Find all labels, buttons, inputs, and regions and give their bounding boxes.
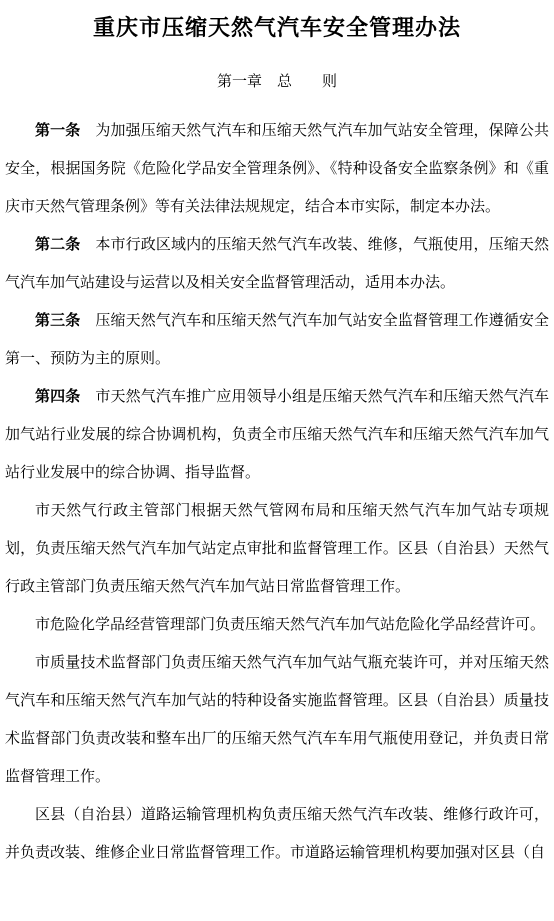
article-label: 第三条 — [35, 313, 80, 329]
paragraph-article-3: 第三条压缩天然气汽车和压缩天然气汽车加气站安全监督管理工作遵循安全第一、预防为主… — [5, 302, 549, 378]
article-text: 为加强压缩天然气汽车和压缩天然气汽车加气站安全管理，保障公共安全，根据国务院《危… — [5, 123, 549, 215]
document-body: 第一条为加强压缩天然气汽车和压缩天然气汽车加气站安全管理，保障公共安全，根据国务… — [0, 112, 554, 872]
article-text: 市天然气行政主管部门根据天然气管网布局和压缩天然气汽车加气站专项规划，负责压缩天… — [5, 503, 549, 595]
paragraph-continuation-4: 区县（自治县）道路运输管理机构负责压缩天然气汽车改装、维修行政许可，并负责改装、… — [5, 796, 549, 872]
article-label: 第二条 — [35, 237, 80, 253]
article-text: 市天然气汽车推广应用领导小组是压缩天然气汽车和压缩天然气汽车加气站行业发展的综合… — [5, 389, 549, 481]
paragraph-continuation-3: 市质量技术监督部门负责压缩天然气汽车加气站气瓶充装许可，并对压缩天然气汽车和压缩… — [5, 644, 549, 796]
article-text: 本市行政区域内的压缩天然气汽车改装、维修，气瓶使用，压缩天然气汽车加气站建设与运… — [5, 237, 549, 291]
article-text: 市危险化学品经营管理部门负责压缩天然气汽车加气站危险化学品经营许可。 — [35, 617, 545, 633]
paragraph-continuation-2: 市危险化学品经营管理部门负责压缩天然气汽车加气站危险化学品经营许可。 — [5, 606, 549, 644]
chapter-heading: 第一章 总 则 — [0, 72, 554, 92]
document-title: 重庆市压缩天然气汽车安全管理办法 — [0, 0, 554, 44]
article-text: 区县（自治县）道路运输管理机构负责压缩天然气汽车改装、维修行政许可，并负责改装、… — [5, 807, 549, 861]
article-label: 第四条 — [35, 389, 80, 405]
paragraph-article-2: 第二条本市行政区域内的压缩天然气汽车改装、维修，气瓶使用，压缩天然气汽车加气站建… — [5, 226, 549, 302]
article-text: 压缩天然气汽车和压缩天然气汽车加气站安全监督管理工作遵循安全第一、预防为主的原则… — [5, 313, 549, 367]
paragraph-article-4: 第四条市天然气汽车推广应用领导小组是压缩天然气汽车和压缩天然气汽车加气站行业发展… — [5, 378, 549, 492]
paragraph-article-1: 第一条为加强压缩天然气汽车和压缩天然气汽车加气站安全管理，保障公共安全，根据国务… — [5, 112, 549, 226]
article-text: 市质量技术监督部门负责压缩天然气汽车加气站气瓶充装许可，并对压缩天然气汽车和压缩… — [5, 655, 549, 785]
paragraph-continuation-1: 市天然气行政主管部门根据天然气管网布局和压缩天然气汽车加气站专项规划，负责压缩天… — [5, 492, 549, 606]
article-label: 第一条 — [35, 123, 80, 139]
document-page: 重庆市压缩天然气汽车安全管理办法 第一章 总 则 第一条为加强压缩天然气汽车和压… — [0, 0, 554, 921]
